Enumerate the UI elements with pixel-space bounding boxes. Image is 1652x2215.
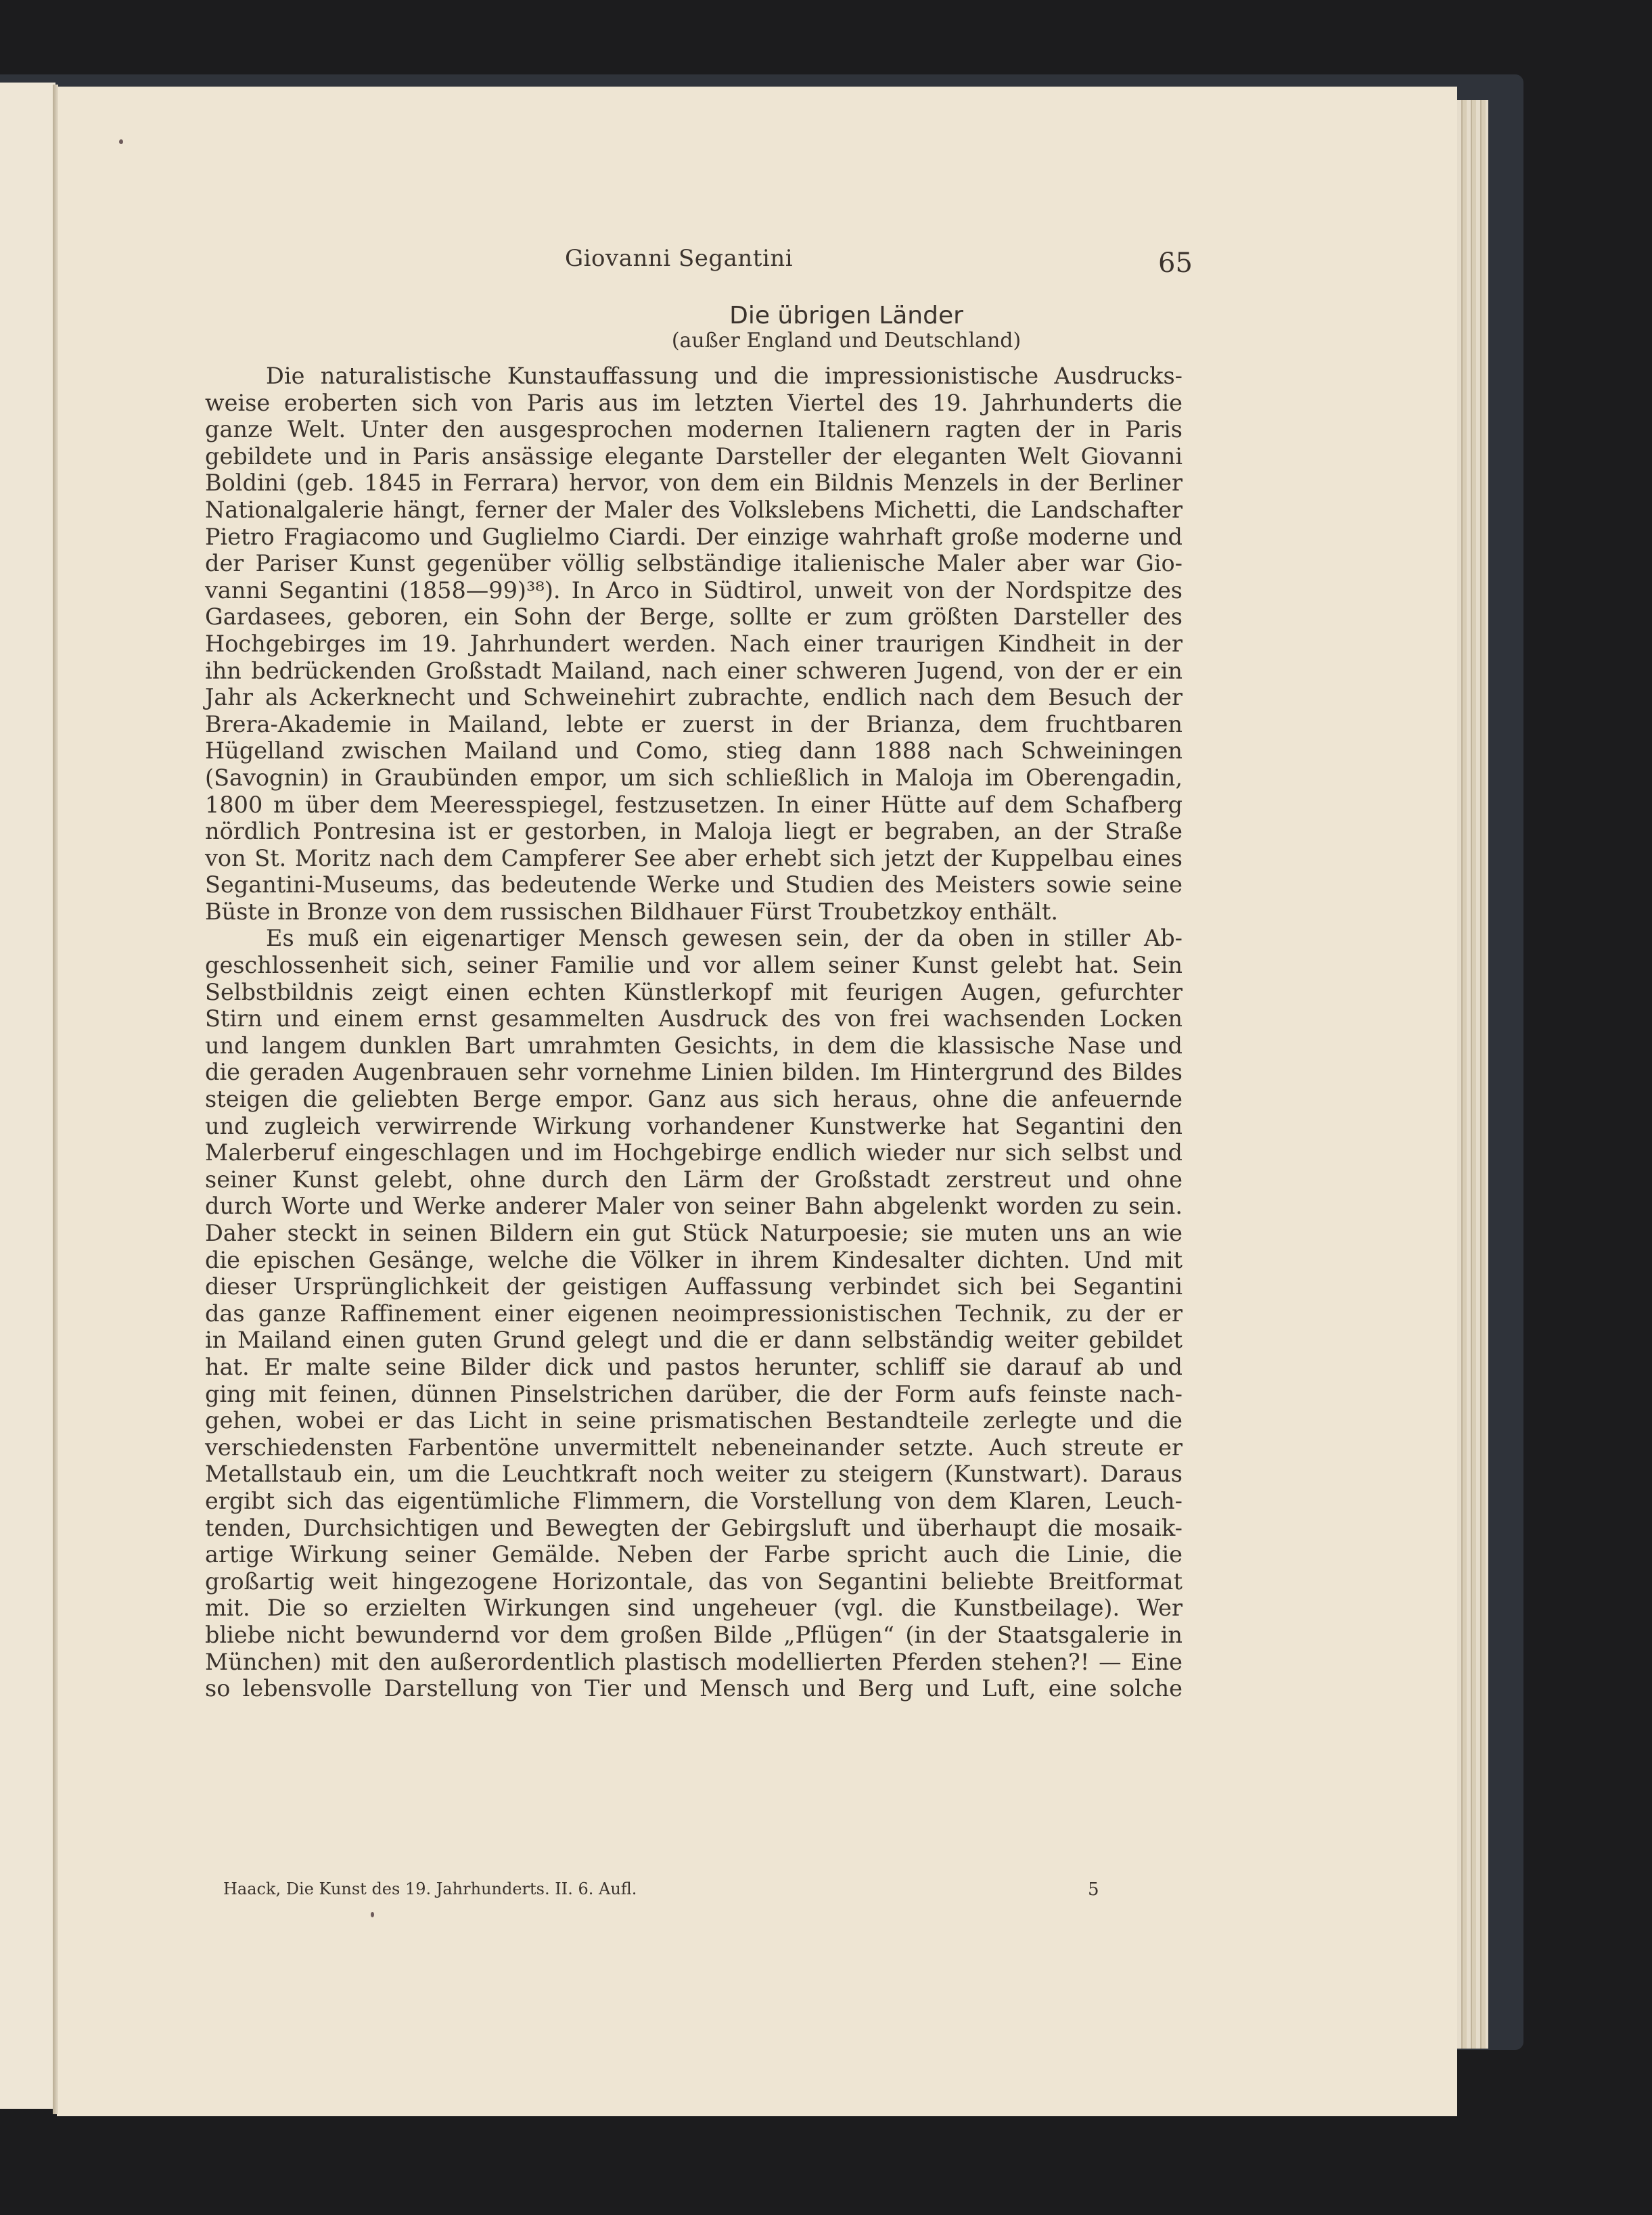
text-line: Stirn und einem ernst gesammelten Ausdru…: [205, 1005, 1183, 1032]
text-line: so lebensvolle Darstellung von Tier und …: [205, 1675, 1183, 1702]
text-line: tenden, Durchsichtigen und Bewegten der …: [205, 1515, 1183, 1542]
text-line: 1800 m über dem Meeresspiegel, festzuset…: [205, 792, 1183, 819]
spine-gutter: [53, 85, 58, 2114]
text-line: Boldini (geb. 1845 in Ferrara) hervor, v…: [205, 470, 1183, 497]
text-line: der Pariser Kunst gegenüber völlig selbs…: [205, 550, 1183, 577]
text-line: und zugleich verwirrende Wirkung vorhand…: [205, 1113, 1183, 1140]
text-line: geschlossenheit sich, seiner Familie und…: [205, 952, 1183, 979]
text-line: und langem dunklen Bart umrahmten Gesich…: [205, 1032, 1183, 1059]
text-line: Jahr als Ackerknecht und Schweinehirt zu…: [205, 684, 1183, 711]
text-line: artige Wirkung seiner Gemälde. Neben der…: [205, 1541, 1183, 1568]
text-line: in Mailand einen guten Grund gelegt und …: [205, 1327, 1183, 1354]
running-head-title: Giovanni Segantini: [565, 245, 793, 272]
text-line: (Savognin) in Graubünden empor, um sich …: [205, 764, 1183, 792]
text-line: hat. Er malte seine Bilder dick und past…: [205, 1354, 1183, 1381]
text-line: seiner Kunst gelebt, ohne durch den Lärm…: [205, 1166, 1183, 1193]
text-line: steigen die geliebten Berge empor. Ganz …: [205, 1086, 1183, 1113]
text-line: durch Worte und Werke anderer Maler von …: [205, 1193, 1183, 1220]
page-footer: Haack, Die Kunst des 19. Jahrhunderts. I…: [0, 1879, 1652, 1906]
text-line: von St. Moritz nach dem Campferer See ab…: [205, 845, 1183, 872]
text-line: bliebe nicht bewundernd vor dem großen B…: [205, 1622, 1183, 1649]
text-line: nördlich Pontresina ist er gestorben, in…: [205, 818, 1183, 845]
text-line: die epischen Gesänge, welche die Völker …: [205, 1247, 1183, 1274]
text-line: großartig weit hingezogene Horizontale, …: [205, 1568, 1183, 1595]
section-subtitle: (außer England und Deutschland): [0, 329, 1652, 352]
left-page-edge: [0, 83, 55, 2109]
text-line: ganze Welt. Unter den ausgesprochen mode…: [205, 416, 1183, 443]
text-line: die geraden Augenbrauen sehr vornehme Li…: [205, 1059, 1183, 1086]
text-line: Die naturalistische Kunstauffassung und …: [205, 363, 1183, 390]
text-line: Segantini-Museums, das bedeutende Werke …: [205, 871, 1183, 898]
text-line: München) mit den außerordentlich plastis…: [205, 1649, 1183, 1676]
text-line: Malerberuf eingeschlagen und im Hochgebi…: [205, 1139, 1183, 1166]
text-line: Metallstaub ein, um die Leuchtkraft noch…: [205, 1461, 1183, 1488]
text-line: Hochgebirges im 19. Jahrhundert werden. …: [205, 631, 1183, 658]
text-line: gehen, wobei er das Licht in seine prism…: [205, 1407, 1183, 1434]
footer-signature-mark: 5: [1088, 1879, 1099, 1900]
text-line: Daher steckt in seinen Bildern ein gut S…: [205, 1220, 1183, 1247]
text-line: verschiedensten Farbentöne unvermittelt …: [205, 1434, 1183, 1461]
text-line: weise eroberten sich von Paris aus im le…: [205, 390, 1183, 417]
running-head: Giovanni Segantini 65: [0, 245, 1652, 279]
text-line: dieser Ursprünglichkeit der geistigen Au…: [205, 1273, 1183, 1300]
text-line: Selbstbildnis zeigt einen echten Künstle…: [205, 979, 1183, 1006]
text-line: vanni Segantini (1858—99)³⁸). In Arco in…: [205, 577, 1183, 604]
text-line: Nationalgalerie hängt, ferner der Maler …: [205, 497, 1183, 524]
text-line: Pietro Fragiacomo und Guglielmo Ciardi. …: [205, 524, 1183, 551]
text-line: ihn bedrückenden Großstadt Mailand, nach…: [205, 658, 1183, 685]
text-line: ging mit feinen, dünnen Pinselstrichen d…: [205, 1381, 1183, 1408]
text-line: ergibt sich das eigentümliche Flimmern, …: [205, 1488, 1183, 1515]
footer-book-reference: Haack, Die Kunst des 19. Jahrhunderts. I…: [223, 1879, 637, 1898]
text-line: mit. Die so erzielten Wirkungen sind ung…: [205, 1595, 1183, 1622]
text-line: Brera-Akademie in Mailand, lebte er zuer…: [205, 711, 1183, 738]
text-line: Es muß ein eigenartiger Mensch gewesen s…: [205, 925, 1183, 952]
text-line: Gardasees, geboren, ein Sohn der Berge, …: [205, 603, 1183, 631]
text-line: das ganze Raffinement einer eigenen neoi…: [205, 1300, 1183, 1327]
text-line: Hügelland zwischen Mailand und Como, sti…: [205, 737, 1183, 764]
section-title: Die übrigen Länder: [0, 302, 1652, 329]
page-number: 65: [1158, 248, 1193, 279]
paper-speck: [371, 1912, 374, 1917]
body-text: Die naturalistische Kunstauffassung und …: [205, 363, 1183, 1702]
paper-speck: [119, 139, 123, 144]
text-line: gebildete und in Paris ansässige elegant…: [205, 443, 1183, 470]
text-line: Büste in Bronze von dem russischen Bildh…: [205, 898, 1183, 926]
